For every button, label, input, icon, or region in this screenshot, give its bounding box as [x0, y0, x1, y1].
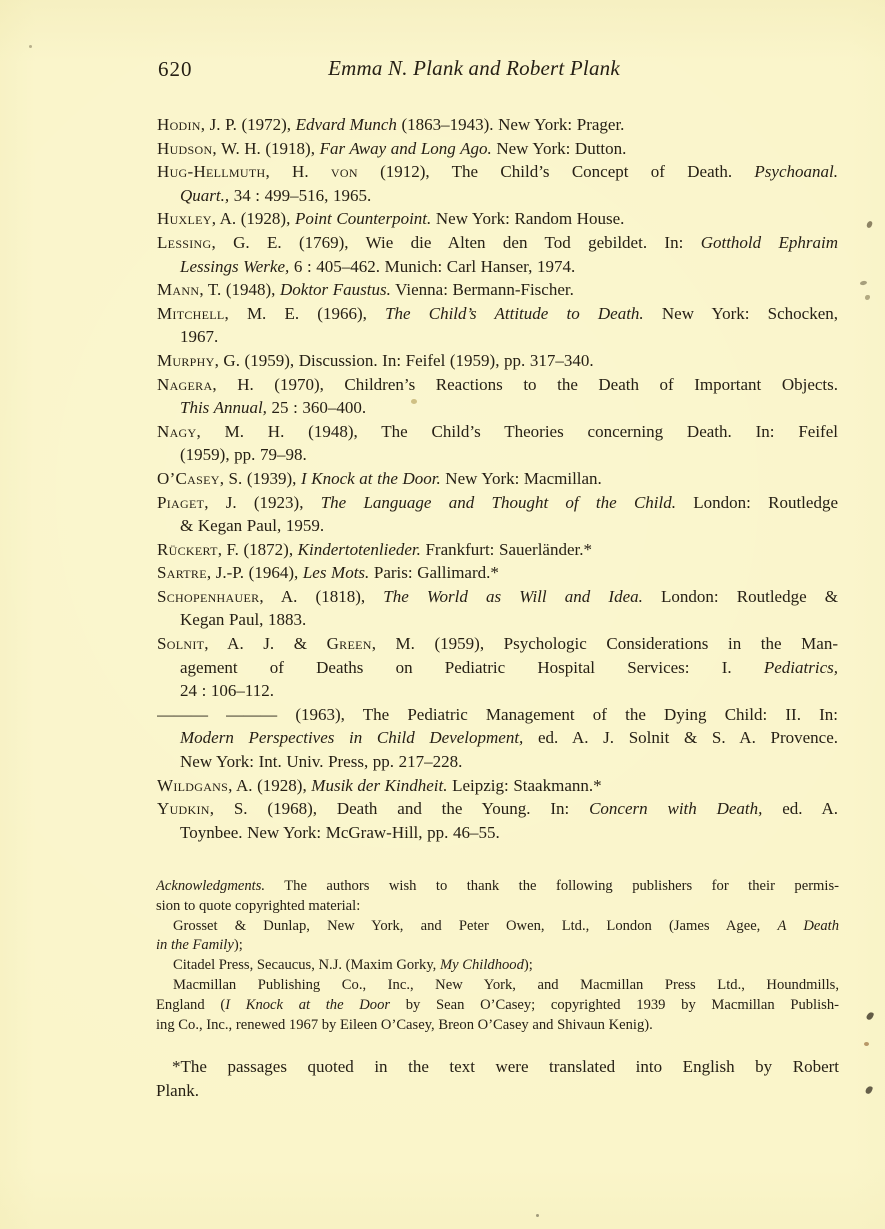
bibliography-line: Kegan Paul, 1883. — [157, 608, 838, 632]
ink-speck — [29, 45, 32, 48]
bibliography-line: This Annual, 25 : 360–400. — [157, 396, 838, 420]
bibliography-line: Sartre, J.-P. (1964), Les Mots. Paris: G… — [157, 561, 838, 585]
footnote-line: Plank. — [156, 1079, 839, 1103]
bibliography-line: Toynbee. New York: McGraw-Hill, pp. 46–5… — [157, 821, 838, 845]
bibliography-line: Solnit, A. J. & Green, M. (1959), Psycho… — [157, 632, 838, 656]
bibliography-line: Huxley, A. (1928), Point Counterpoint. N… — [157, 207, 838, 231]
ink-speck — [865, 1085, 873, 1095]
bibliography-line: Piaget, J. (1923), The Language and Thou… — [157, 491, 838, 515]
acknowledgments-section: Acknowledgments. The authors wish to tha… — [156, 877, 839, 1035]
bibliography-line: Mitchell, M. E. (1966), The Child’s Atti… — [157, 302, 838, 326]
bibliography-line: Nagera, H. (1970), Children’s Reactions … — [157, 373, 838, 397]
ink-speck — [860, 280, 868, 285]
bibliography-line: Quart., 34 : 499–516, 1965. — [157, 184, 838, 208]
acknowledgment-line: sion to quote copyrighted material: — [156, 897, 839, 917]
ink-speck — [866, 1011, 875, 1021]
bibliography-line: Rückert, F. (1872), Kindertotenlieder. F… — [157, 538, 838, 562]
footnote-line: *The passages quoted in the text were tr… — [156, 1055, 839, 1079]
ink-speck — [864, 1042, 869, 1046]
bibliography-line: Nagy, M. H. (1948), The Child’s Theories… — [157, 420, 838, 444]
acknowledgment-line: Citadel Press, Secaucus, N.J. (Maxim Gor… — [156, 956, 839, 976]
bibliography-list: Hodin, J. P. (1972), Edvard Munch (1863–… — [157, 113, 838, 844]
ink-speck — [536, 1214, 539, 1217]
bibliography-line: Modern Perspectives in Child Development… — [157, 726, 838, 750]
acknowledgment-line: Grosset & Dunlap, New York, and Peter Ow… — [156, 917, 839, 937]
bibliography-line: agement of Deaths on Pediatric Hospital … — [157, 656, 838, 680]
bibliography-line: (1959), pp. 79–98. — [157, 443, 838, 467]
acknowledgment-line: England (I Knock at the Door by Sean O’C… — [156, 996, 839, 1016]
bibliography-line: Hug-Hellmuth, H. von (1912), The Child’s… — [157, 160, 838, 184]
bibliography-line: Hudson, W. H. (1918), Far Away and Long … — [157, 137, 838, 161]
bibliography-line: Murphy, G. (1959), Discussion. In: Feife… — [157, 349, 838, 373]
ink-speck — [866, 220, 873, 228]
bibliography-line: O’Casey, S. (1939), I Knock at the Door.… — [157, 467, 838, 491]
acknowledgment-line: in the Family); — [156, 936, 839, 956]
bibliography-line: Lessing, G. E. (1769), Wie die Alten den… — [157, 231, 838, 255]
bibliography-line: ——— ——— (1963), The Pediatric Management… — [157, 703, 838, 727]
translator-footnote: *The passages quoted in the text were tr… — [156, 1055, 839, 1102]
running-title: Emma N. Plank and Robert Plank — [328, 56, 620, 81]
bibliography-line: Schopenhauer, A. (1818), The World as Wi… — [157, 585, 838, 609]
acknowledgment-line: ing Co., Inc., renewed 1967 by Eileen O’… — [156, 1016, 839, 1036]
acknowledgment-line: Acknowledgments. The authors wish to tha… — [156, 877, 839, 897]
bibliography-line: Lessings Werke, 6 : 405–462. Munich: Car… — [157, 255, 838, 279]
page-number: 620 — [158, 57, 193, 82]
ink-speck — [865, 295, 870, 300]
bibliography-line: Yudkin, S. (1968), Death and the Young. … — [157, 797, 838, 821]
bibliography-line: New York: Int. Univ. Press, pp. 217–228. — [157, 750, 838, 774]
bibliography-line: 24 : 106–112. — [157, 679, 838, 703]
bibliography-line: 1967. — [157, 325, 838, 349]
bibliography-line: Mann, T. (1948), Doktor Faustus. Vienna:… — [157, 278, 838, 302]
bibliography-line: Wildgans, A. (1928), Musik der Kindheit.… — [157, 774, 838, 798]
scanned-page: 620 Emma N. Plank and Robert Plank Hodin… — [0, 0, 885, 1229]
bibliography-line: & Kegan Paul, 1959. — [157, 514, 838, 538]
bibliography-line: Hodin, J. P. (1972), Edvard Munch (1863–… — [157, 113, 838, 137]
acknowledgment-line: Macmillan Publishing Co., Inc., New York… — [156, 976, 839, 996]
